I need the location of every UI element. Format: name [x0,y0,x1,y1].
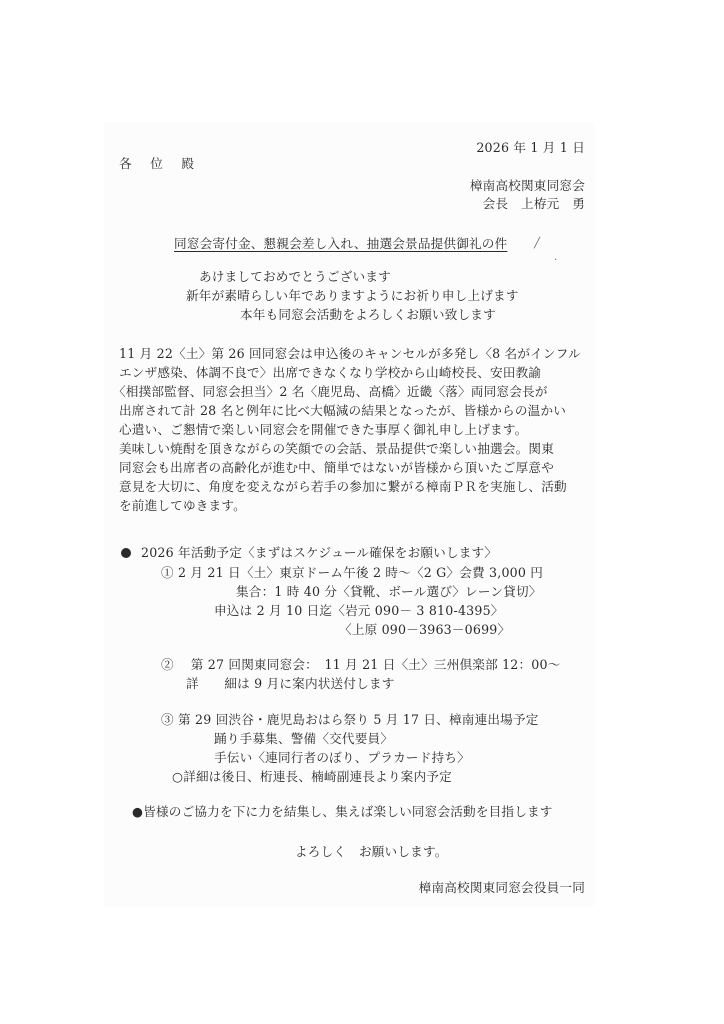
body-line: 同窓会も出席者の高齢化が進む中、簡単ではないが皆様から頂いたご厚意や [119,460,554,476]
item3-line2: 踊り手募集、警備〈交代要員〉 [214,731,393,747]
body-line: エンザ感染、体調不良で〉出席できなくなり学校から山崎校長、安田教諭 [119,365,541,381]
item1-line2: 集合：1 時 40 分〈貸靴、ボール選び〉レーン貸切〉 [236,584,542,600]
item1-line1: ① 2 月 21 日〈土〉東京ドーム午後 2 時～〈2 G〉会費 3,000 円 [161,565,543,581]
body-line: 心遣い、ご懇情で楽しい同窓会を開催できた事厚く御礼申し上げます。 [119,422,527,438]
body-line: 美味しい焼酎を頂きながらの笑顔での会話、景品提供で楽しい抽選会。関東 [119,441,554,457]
body-line: 出席されて計 28 名と例年に比べ大幅減の結果となったが、皆様からの温かい [119,403,566,419]
closing-appeal: ●皆様のご協力を下に力を結集し、集えば楽しい同窓会活動を目指します [132,804,553,820]
body-line: 〈相撲部監督、同窓会担当〉2 名〈鹿児島、高橋〉近畿〈落〉両同窓会長が [113,384,548,400]
sender-organization: 樟南高校関東同窓会 [380,178,585,194]
greeting-line-1: あけましておめでとうございます [199,269,391,285]
item3-line4: ○詳細は後日、桁連長、楠崎副連長より案内予定 [172,769,452,785]
body-line: 意見を大切に、角度を変えながら若手の参加に繋がる樟南ＰＲを実施し、活動 [119,479,567,495]
closing-regards: よろしく お願いします。 [295,844,448,860]
letter-subject: 同窓会寄付金、懇親会差し入れ、抽選会景品提供御礼の件 [174,236,507,252]
closing-signature: 樟南高校関東同窓会役員一同 [380,880,585,896]
greeting-line-3: 本年も同窓会活動をよろしくお願い致します [240,307,496,323]
stray-mark: ╱ [534,238,540,249]
item2-line1: ② 第 27 回関東同窓会： 11 月 21 日〈土〉三州倶楽部 12：00～ [161,657,561,673]
stray-dot: · [554,255,557,266]
item3-line3: 手伝い〈連同行者のぼり、プラカード持ち〉 [214,750,470,766]
letter-date: 2026 年 1 月 1 日 [380,140,585,156]
item1-line4: 〈上原 090－3963－0699〉 [339,622,510,638]
body-line: を前進してゆきます。 [119,498,246,514]
bullet-icon [121,548,131,558]
body-line: 11 月 22〈土〉第 26 回同窓会は申込後のキャンセルが多発し〈8 名がイン… [119,346,581,362]
sender-name: 会長 上栫元 勇 [380,196,585,212]
item3-line1: ③ 第 29 回渋谷・鹿児島おはら祭り 5 月 17 日、樟南連出場予定 [161,712,539,728]
item1-line3: 申込は 2 月 10 日迄〈岩元 090－ 3 810-4395〉 [214,603,504,619]
item2-line2: 詳 細は 9 月に案内状送付します [186,676,395,692]
addressee: 各 位 殿 [119,156,197,172]
schedule-heading: 2026 年活動予定〈まずはスケジュール確保をお願いします〉 [121,545,497,561]
schedule-heading-text: 2026 年活動予定〈まずはスケジュール確保をお願いします〉 [141,545,497,560]
greeting-line-2: 新年が素晴らしい年でありますようにお祈り申し上げます [186,288,519,304]
